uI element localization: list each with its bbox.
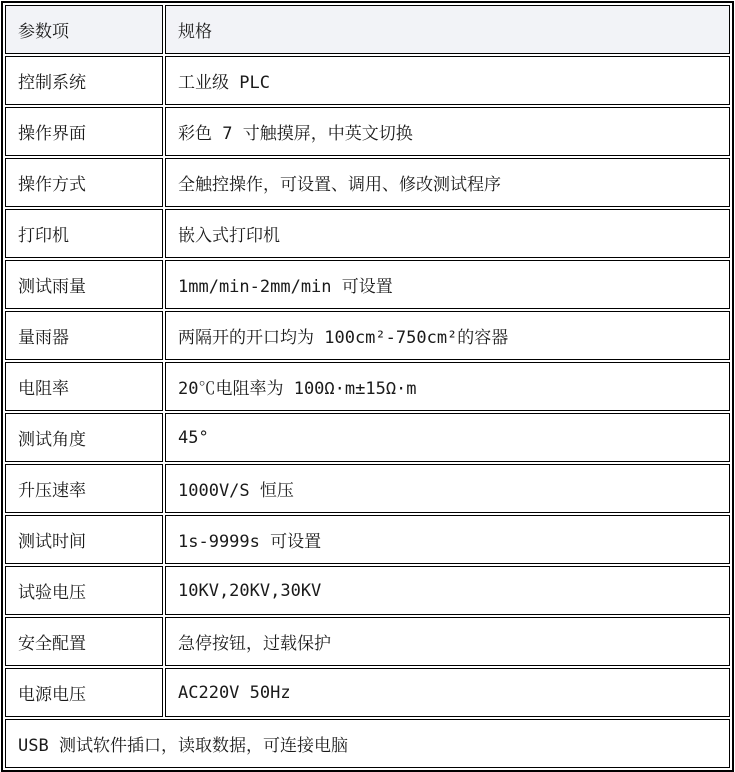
param-cell: 操作界面: [5, 107, 163, 156]
table-row: 打印机 嵌入式打印机: [5, 209, 730, 258]
param-cell: 电阻率: [5, 362, 163, 411]
param-cell: 操作方式: [5, 158, 163, 207]
table-row: 电源电压 AC220V 50Hz: [5, 668, 730, 717]
table-row: 安全配置 急停按钮，过载保护: [5, 617, 730, 666]
table-row: 测试时间 1s-9999s 可设置: [5, 515, 730, 564]
table-row: 试验电压 10KV,20KV,30KV: [5, 566, 730, 615]
spec-cell: 工业级 PLC: [165, 56, 730, 105]
table-row: 操作界面 彩色 7 寸触摸屏，中英文切换: [5, 107, 730, 156]
spec-table: 参数项 规格 控制系统 工业级 PLC 操作界面 彩色 7 寸触摸屏，中英文切换…: [1, 1, 734, 772]
spec-cell: 20℃电阻率为 100Ω·m±15Ω·m: [165, 362, 730, 411]
table-row: 控制系统 工业级 PLC: [5, 56, 730, 105]
header-cell-param: 参数项: [5, 5, 163, 54]
table-row: 测试雨量 1mm/min-2mm/min 可设置: [5, 260, 730, 309]
param-cell: 打印机: [5, 209, 163, 258]
param-cell: 测试时间: [5, 515, 163, 564]
header-cell-spec: 规格: [165, 5, 730, 54]
table-footer-row: USB 测试软件插口，读取数据，可连接电脑: [5, 719, 730, 768]
param-cell: 控制系统: [5, 56, 163, 105]
spec-cell: 嵌入式打印机: [165, 209, 730, 258]
param-cell: 量雨器: [5, 311, 163, 360]
spec-cell: AC220V 50Hz: [165, 668, 730, 717]
spec-cell: 急停按钮，过载保护: [165, 617, 730, 666]
param-cell: 安全配置: [5, 617, 163, 666]
spec-cell: 45°: [165, 413, 730, 462]
table-row: 电阻率 20℃电阻率为 100Ω·m±15Ω·m: [5, 362, 730, 411]
param-cell: 电源电压: [5, 668, 163, 717]
spec-cell: 10KV,20KV,30KV: [165, 566, 730, 615]
table-row: 操作方式 全触控操作，可设置、调用、修改测试程序: [5, 158, 730, 207]
param-cell: 升压速率: [5, 464, 163, 513]
spec-cell: 1000V/S 恒压: [165, 464, 730, 513]
footer-cell: USB 测试软件插口，读取数据，可连接电脑: [5, 719, 730, 768]
spec-cell: 1mm/min-2mm/min 可设置: [165, 260, 730, 309]
param-cell: 测试角度: [5, 413, 163, 462]
table-row: 量雨器 两隔开的开口均为 100cm²-750cm²的容器: [5, 311, 730, 360]
table-row: 升压速率 1000V/S 恒压: [5, 464, 730, 513]
table-header-row: 参数项 规格: [5, 5, 730, 54]
spec-cell: 1s-9999s 可设置: [165, 515, 730, 564]
spec-cell: 全触控操作，可设置、调用、修改测试程序: [165, 158, 730, 207]
table-row: 测试角度 45°: [5, 413, 730, 462]
spec-cell: 两隔开的开口均为 100cm²-750cm²的容器: [165, 311, 730, 360]
param-cell: 测试雨量: [5, 260, 163, 309]
spec-cell: 彩色 7 寸触摸屏，中英文切换: [165, 107, 730, 156]
param-cell: 试验电压: [5, 566, 163, 615]
